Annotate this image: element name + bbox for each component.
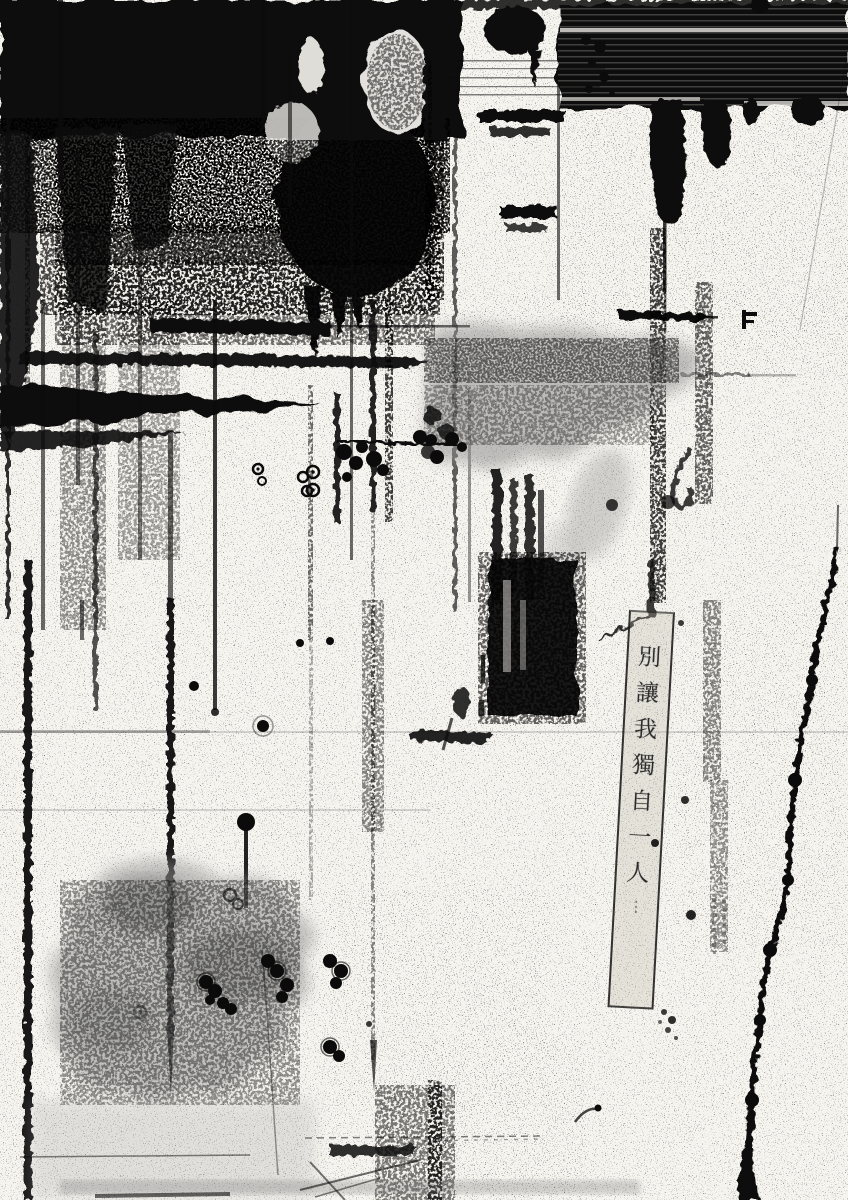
caption-char: 讓 bbox=[635, 682, 659, 706]
caption-char: 人 bbox=[626, 862, 650, 886]
caption-char: 自 bbox=[630, 790, 654, 814]
caption-char: 別 bbox=[637, 646, 661, 670]
caption-char: 一 bbox=[628, 826, 652, 850]
caption-char: 獨 bbox=[631, 754, 655, 778]
caption-ellipsis: ⋮ bbox=[628, 899, 644, 915]
caption-char: 我 bbox=[633, 718, 657, 742]
ink-artwork bbox=[0, 0, 848, 1200]
manga-page: 別 讓 我 獨 自 一 人 ⋮ bbox=[0, 0, 848, 1200]
